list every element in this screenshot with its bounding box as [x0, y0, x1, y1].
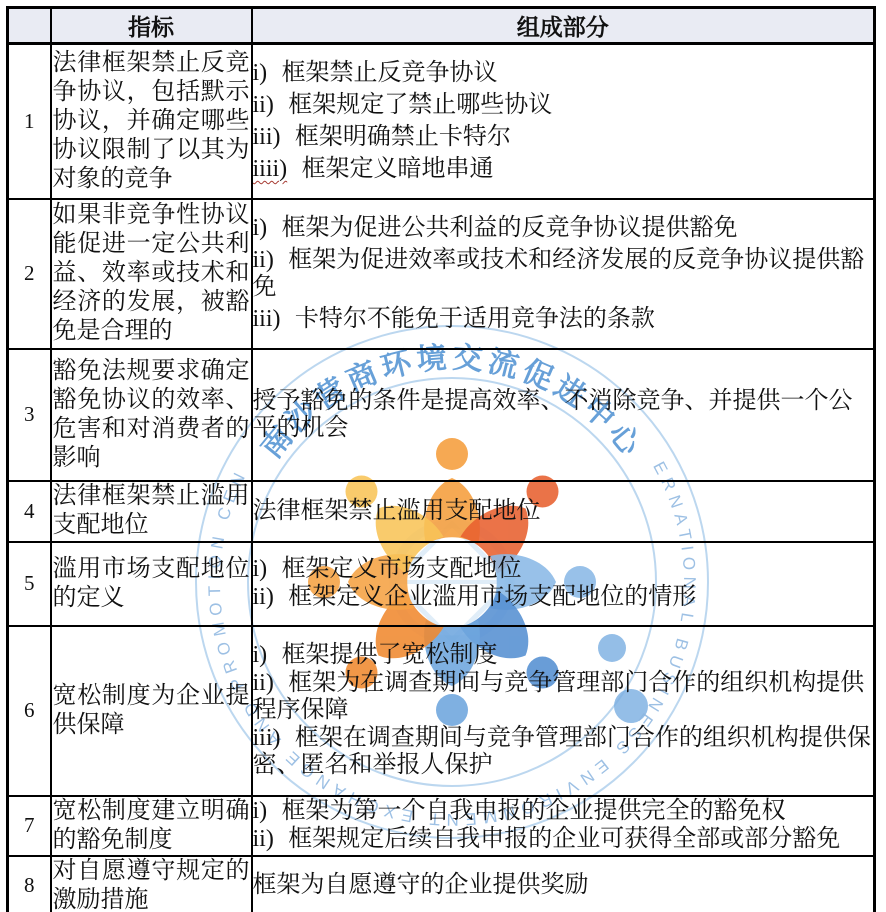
component-item: ii)框架规定后续自我申报的企业可获得全部或部分豁免	[253, 826, 872, 853]
indicator-components-table-wrap: 指标 组成部分 1 法律框架禁止反竞争协议，包括默示协议，并确定哪些协议限制了以…	[0, 6, 886, 912]
indicator-components-table: 指标 组成部分 1 法律框架禁止反竞争协议，包括默示协议，并确定哪些协议限制了以…	[6, 6, 876, 912]
item-marker: i)	[253, 798, 268, 824]
item-text: 框架明确禁止卡特尔	[295, 124, 511, 150]
row-number: 2	[8, 199, 51, 349]
component-item: 授予豁免的条件是提高效率、不消除竞争、并提供一个公平的机会	[253, 388, 872, 442]
component-item: ii)框架为在调查期间与竞争管理部门合作的组织机构提供程序保障	[253, 670, 872, 724]
indicator-cell: 如果非竞争性协议能促进一定公共利益、效率或技术和经济的发展，被豁免是合理的	[51, 199, 252, 349]
header-row: 指标 组成部分	[8, 8, 875, 44]
component-item: iii)框架明确禁止卡特尔	[253, 124, 872, 151]
component-item: 框架为自愿遵守的企业提供奖励	[253, 872, 872, 899]
item-marker: ii)	[253, 584, 274, 610]
item-marker-spellcheck: iiii)	[253, 156, 288, 182]
item-marker: i)	[253, 60, 268, 86]
item-text: 框架禁止反竞争协议	[282, 60, 498, 86]
item-text: 框架为促进公共利益的反竞争协议提供豁免	[282, 215, 738, 241]
component-item: iiii)框架定义暗地串通	[253, 156, 872, 183]
item-text: 法律框架禁止滥用支配地位	[253, 498, 541, 524]
item-marker: ii)	[253, 826, 274, 852]
header-cell-components: 组成部分	[252, 8, 875, 44]
component-item: ii)框架规定了禁止哪些协议	[253, 92, 872, 119]
component-item: i)框架定义市场支配地位	[253, 556, 872, 583]
components-cell: 法律框架禁止滥用支配地位	[252, 481, 875, 542]
item-text: 框架规定后续自我申报的企业可获得全部或部分豁免	[288, 826, 840, 852]
item-text: 框架定义暗地串通	[302, 156, 494, 182]
item-marker: iii)	[253, 306, 281, 332]
indicator-cell: 法律框架禁止反竞争协议，包括默示协议，并确定哪些协议限制了以其为对象的竞争	[51, 44, 252, 199]
row-number: 8	[8, 856, 51, 912]
row-number: 5	[8, 542, 51, 626]
item-text: 框架定义市场支配地位	[282, 556, 522, 582]
table-row: 7 宽松制度建立明确的豁免制度 i)框架为第一个自我申报的企业提供完全的豁免权 …	[8, 796, 875, 856]
component-item: i)框架提供了宽松制度	[253, 642, 872, 669]
row-number: 6	[8, 626, 51, 796]
item-marker: iii)	[253, 124, 281, 150]
item-marker: ii)	[253, 92, 274, 118]
header-cell-indicator: 指标	[51, 8, 252, 44]
components-cell: i)框架为促进公共利益的反竞争协议提供豁免 ii)框架为促进效率或技术和经济发展…	[252, 199, 875, 349]
item-text: 框架为促进效率或技术和经济发展的反竞争协议提供豁免	[253, 247, 865, 300]
table-row: 4 法律框架禁止滥用支配地位 法律框架禁止滥用支配地位	[8, 481, 875, 542]
component-item: iii)框架在调查期间与竞争管理部门合作的组织机构提供保密、匿名和举报人保护	[253, 725, 872, 779]
item-marker: iii)	[253, 725, 281, 751]
indicator-cell: 滥用市场支配地位的定义	[51, 542, 252, 626]
item-marker: i)	[253, 215, 268, 241]
item-text: 框架定义企业滥用市场支配地位的情形	[288, 584, 696, 610]
item-marker: i)	[253, 556, 268, 582]
indicator-cell: 豁免法规要求确定豁免协议的效率、危害和对消费者的影响	[51, 349, 252, 481]
components-cell: 框架为自愿遵守的企业提供奖励	[252, 856, 875, 912]
item-text: 框架在调查期间与竞争管理部门合作的组织机构提供保密、匿名和举报人保护	[253, 725, 871, 778]
components-cell: i)框架定义市场支配地位 ii)框架定义企业滥用市场支配地位的情形	[252, 542, 875, 626]
table-row: 6 宽松制度为企业提供保障 i)框架提供了宽松制度 ii)框架为在调查期间与竞争…	[8, 626, 875, 796]
table-row: 2 如果非竞争性协议能促进一定公共利益、效率或技术和经济的发展，被豁免是合理的 …	[8, 199, 875, 349]
table-row: 5 滥用市场支配地位的定义 i)框架定义市场支配地位 ii)框架定义企业滥用市场…	[8, 542, 875, 626]
component-item: iii)卡特尔不能免于适用竞争法的条款	[253, 306, 872, 333]
item-marker: ii)	[253, 247, 274, 273]
item-marker: ii)	[253, 670, 274, 696]
row-number: 1	[8, 44, 51, 199]
table-row: 8 对自愿遵守规定的激励措施 框架为自愿遵守的企业提供奖励	[8, 856, 875, 912]
indicator-cell: 对自愿遵守规定的激励措施	[51, 856, 252, 912]
components-cell: i)框架为第一个自我申报的企业提供完全的豁免权 ii)框架规定后续自我申报的企业…	[252, 796, 875, 856]
table-row: 3 豁免法规要求确定豁免协议的效率、危害和对消费者的影响 授予豁免的条件是提高效…	[8, 349, 875, 481]
item-text: 框架规定了禁止哪些协议	[288, 92, 552, 118]
components-cell: 授予豁免的条件是提高效率、不消除竞争、并提供一个公平的机会	[252, 349, 875, 481]
item-text: 授予豁免的条件是提高效率、不消除竞争、并提供一个公平的机会	[253, 388, 853, 441]
item-text: 框架为在调查期间与竞争管理部门合作的组织机构提供程序保障	[253, 670, 865, 723]
header-cell-number	[8, 8, 51, 44]
row-number: 4	[8, 481, 51, 542]
components-cell: i)框架禁止反竞争协议 ii)框架规定了禁止哪些协议 iii)框架明确禁止卡特尔…	[252, 44, 875, 199]
item-text: 框架提供了宽松制度	[282, 642, 498, 668]
table-row: 1 法律框架禁止反竞争协议，包括默示协议，并确定哪些协议限制了以其为对象的竞争 …	[8, 44, 875, 199]
document-page: 南沙营商环境交流促进中心 INTERNATIONAL BUSINESS ENVI…	[0, 0, 886, 912]
row-number: 3	[8, 349, 51, 481]
item-text: 框架为自愿遵守的企业提供奖励	[253, 872, 589, 898]
component-item: i)框架为促进公共利益的反竞争协议提供豁免	[253, 215, 872, 242]
component-item: ii)框架为促进效率或技术和经济发展的反竞争协议提供豁免	[253, 247, 872, 301]
item-marker: i)	[253, 642, 268, 668]
indicator-cell: 宽松制度建立明确的豁免制度	[51, 796, 252, 856]
indicator-cell: 宽松制度为企业提供保障	[51, 626, 252, 796]
item-text: 卡特尔不能免于适用竞争法的条款	[295, 306, 655, 332]
component-item: i)框架为第一个自我申报的企业提供完全的豁免权	[253, 798, 872, 825]
components-cell: i)框架提供了宽松制度 ii)框架为在调查期间与竞争管理部门合作的组织机构提供程…	[252, 626, 875, 796]
item-text: 框架为第一个自我申报的企业提供完全的豁免权	[282, 798, 786, 824]
indicator-cell: 法律框架禁止滥用支配地位	[51, 481, 252, 542]
component-item: 法律框架禁止滥用支配地位	[253, 498, 872, 525]
component-item: ii)框架定义企业滥用市场支配地位的情形	[253, 584, 872, 611]
component-item: i)框架禁止反竞争协议	[253, 60, 872, 87]
row-number: 7	[8, 796, 51, 856]
